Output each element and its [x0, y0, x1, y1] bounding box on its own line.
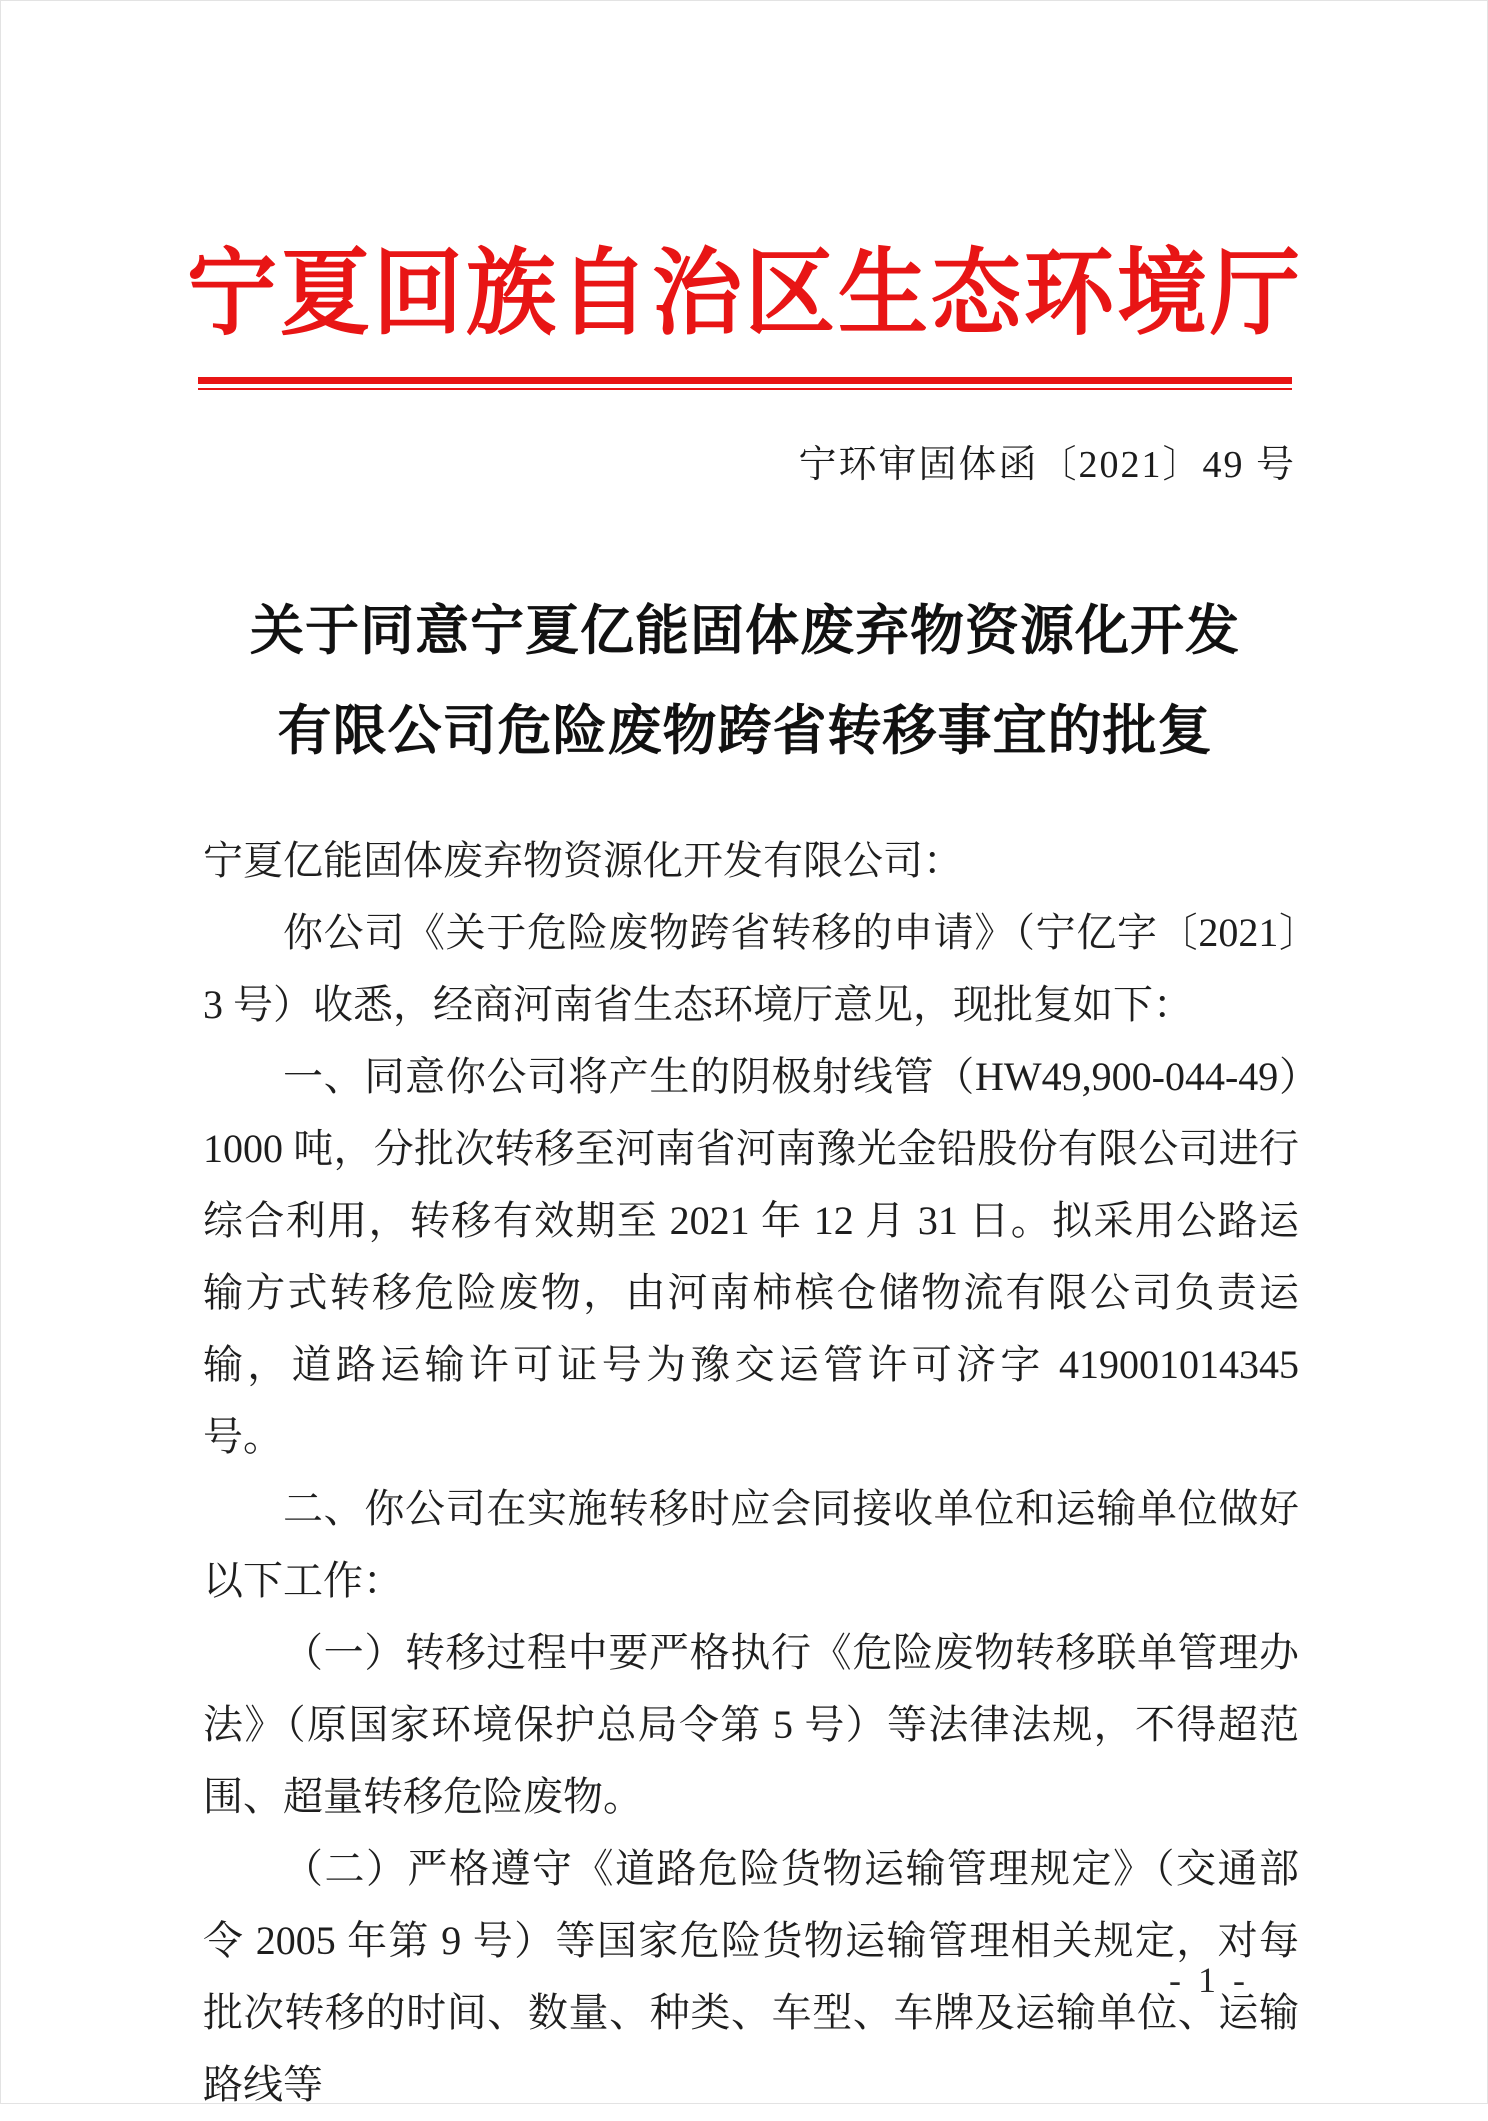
document-number: 宁环审固体函〔2021〕49 号 [198, 441, 1296, 489]
document-title-line2: 有限公司危险废物跨省转移事宜的批复 [151, 681, 1339, 781]
paragraph-item-2: 二、你公司在实施转移时应会同接收单位和运输单位做好以下工作： [203, 1473, 1299, 1617]
document-body: 宁夏亿能固体废弃物资源化开发有限公司： 你公司《关于危险废物跨省转移的申请》（宁… [203, 825, 1299, 2121]
paragraph-item-1: 一、同意你公司将产生的阴极射线管（HW49,900-044-49）1000 吨，… [203, 1041, 1299, 1473]
paragraph-subitem-2: （二）严格遵守《道路危险货物运输管理规定》（交通部令 2005 年第 9 号）等… [203, 1833, 1299, 2121]
agency-name: 宁夏回族自治区生态环境厅 [151, 236, 1339, 354]
red-divider [198, 377, 1292, 390]
document-page: 宁夏回族自治区生态环境厅 宁环审固体函〔2021〕49 号 关于同意宁夏亿能固体… [0, 0, 1488, 2104]
page-number: - 1 - [1169, 1959, 1249, 2001]
document-title: 关于同意宁夏亿能固体废弃物资源化开发 有限公司危险废物跨省转移事宜的批复 [151, 581, 1339, 781]
addressee-line: 宁夏亿能固体废弃物资源化开发有限公司： [203, 825, 1299, 897]
paragraph-intro: 你公司《关于危险废物跨省转移的申请》（宁亿字〔2021〕3 号）收悉，经商河南省… [203, 897, 1299, 1041]
red-divider-thin-line [198, 388, 1292, 390]
document-title-line1: 关于同意宁夏亿能固体废弃物资源化开发 [151, 581, 1339, 681]
paragraph-subitem-1: （一）转移过程中要严格执行《危险废物转移联单管理办法》（原国家环境保护总局令第 … [203, 1617, 1299, 1833]
red-divider-thick-line [198, 377, 1292, 384]
